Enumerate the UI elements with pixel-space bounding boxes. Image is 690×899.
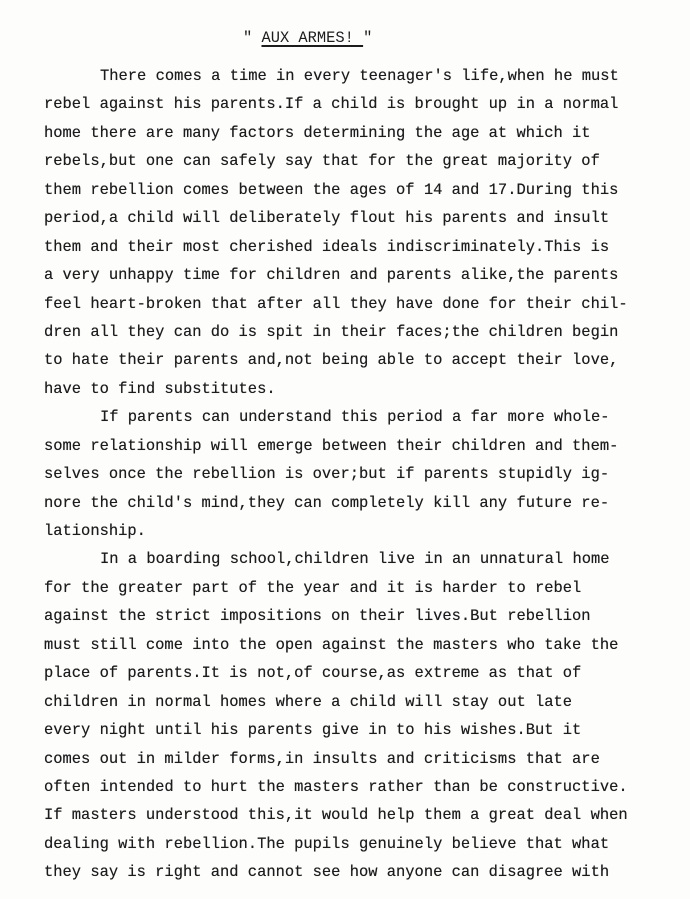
text-line: they say is right and cannot see how any… xyxy=(44,858,684,886)
paragraph-3: In a boarding school,children live in an… xyxy=(44,545,684,886)
text-line: lationship. xyxy=(44,517,684,545)
text-line: If masters understood this,it would help… xyxy=(44,801,684,829)
text-line: them and their most cherished ideals ind… xyxy=(44,233,684,261)
text-line: selves once the rebellion is over;but if… xyxy=(44,460,684,488)
text-line: rebels,but one can safely say that for t… xyxy=(44,147,684,175)
text-line: If parents can understand this period a … xyxy=(44,403,684,431)
text-line: period,a child will deliberately flout h… xyxy=(44,204,684,232)
text-line: them rebellion comes between the ages of… xyxy=(44,176,684,204)
text-line: In a boarding school,children live in an… xyxy=(44,545,684,573)
paragraph-2: If parents can understand this period a … xyxy=(44,403,684,545)
title-text: AUX ARMES! xyxy=(261,29,363,47)
text-line: feel heart-broken that after all they ha… xyxy=(44,290,684,318)
paragraph-1: There comes a time in every teenager's l… xyxy=(44,62,684,403)
text-line: There comes a time in every teenager's l… xyxy=(44,62,684,90)
text-line: dren all they can do is spit in their fa… xyxy=(44,318,684,346)
text-line: every night until his parents give in to… xyxy=(44,716,684,744)
text-line: against the strict impositions on their … xyxy=(44,602,684,630)
text-line: some relationship will emerge between th… xyxy=(44,432,684,460)
document-body: There comes a time in every teenager's l… xyxy=(44,62,684,887)
text-line: often intended to hurt the masters rathe… xyxy=(44,773,684,801)
text-line: rebel against his parents.If a child is … xyxy=(44,90,684,118)
text-line: to hate their parents and,not being able… xyxy=(44,346,684,374)
text-line: a very unhappy time for children and par… xyxy=(44,261,684,289)
text-line: for the greater part of the year and it … xyxy=(44,574,684,602)
text-line: must still come into the open against th… xyxy=(44,631,684,659)
text-line: home there are many factors determining … xyxy=(44,119,684,147)
text-line: place of parents.It is not,of course,as … xyxy=(44,659,684,687)
text-line: dealing with rebellion.The pupils genuin… xyxy=(44,830,684,858)
title-close-quote: " xyxy=(363,29,372,47)
text-line: have to find substitutes. xyxy=(44,375,684,403)
document-title: " AUX ARMES! " xyxy=(243,29,372,47)
text-line: nore the child's mind,they can completel… xyxy=(44,489,684,517)
title-open-quote: " xyxy=(243,29,261,47)
typewritten-page: " AUX ARMES! " There comes a time in eve… xyxy=(0,0,690,899)
text-line: children in normal homes where a child w… xyxy=(44,688,684,716)
text-line: comes out in milder forms,in insults and… xyxy=(44,745,684,773)
